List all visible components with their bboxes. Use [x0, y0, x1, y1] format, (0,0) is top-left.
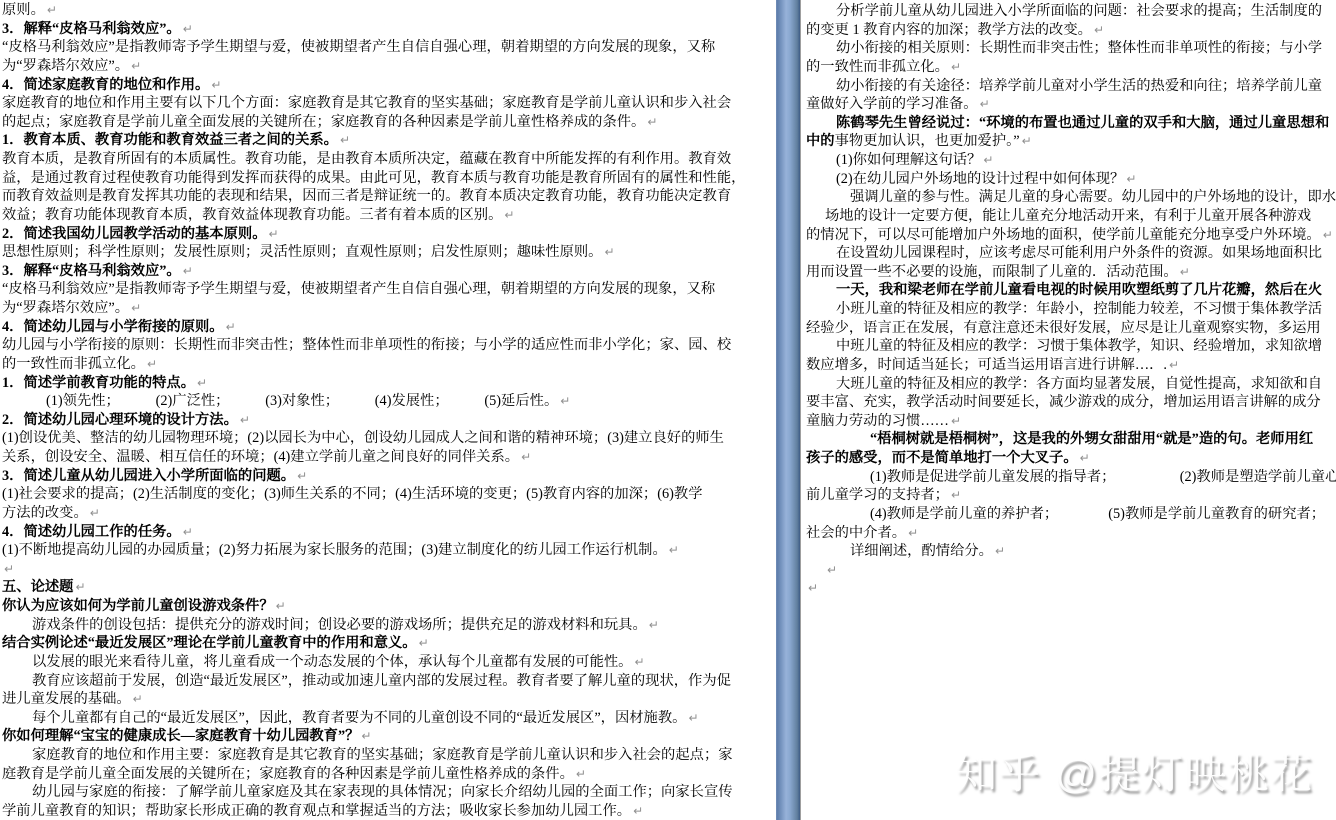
text-line: 在设置幼儿园课程时，应该考虑尽可能利用户外条件的资源。如果场地面积比	[806, 244, 1336, 263]
paragraph-mark: ↵	[274, 599, 286, 613]
text-line: 要丰富、充实，教学活动时间要延长，减少游戏的成分，增加运用语言讲解的成分	[806, 393, 1336, 412]
text-line: 4．简述家庭教育的地位和作用。↵	[2, 76, 748, 95]
paragraph-mark: ↵	[224, 320, 236, 334]
text-line: 方法的改变。↵	[2, 504, 748, 523]
paragraph-mark: ↵	[574, 767, 586, 781]
text-line: 一天，我和梁老师在学前儿童看电视的时候用吹塑纸剪了几片花瓣，然后在火	[806, 281, 1336, 300]
text-line: 你如何理解“宝宝的健康成长—家庭教育十幼儿园教育”？↵	[2, 727, 748, 746]
text-line: 游戏条件的创设包括：提供充分的游戏时间；创设必要的游戏场所；提供充足的游戏材料和…	[2, 616, 748, 635]
text-line: 关系，创设安全、温暖、相互信任的环境；(4)建立学前儿童之间良好的同伴关系。↵	[2, 448, 748, 467]
text-line: 孩子的感受，而不是简单地打一个大叉子。↵	[806, 449, 1336, 468]
text-line: 思想性原则；科学性原则；发展性原则；灵活性原则；直观性原则；启发性原则；趣味性原…	[2, 243, 748, 262]
text-line: 社会的中介者。↵	[806, 524, 1336, 543]
paragraph-mark: ↵	[129, 59, 141, 73]
paragraph-mark: ↵	[417, 636, 429, 650]
paragraph-mark: ↵	[295, 469, 307, 483]
paragraph-mark: ↵	[267, 227, 279, 241]
paragraph-mark: ↵	[686, 711, 698, 725]
text-line: 的变更 1 教育内容的加深；教学方法的改变。↵	[806, 21, 1336, 40]
paragraph-mark: ↵	[645, 115, 657, 129]
text-line: 你认为应该如何为学前儿童创设游戏条件？↵	[2, 597, 748, 616]
text-line: 1．简述学前教育功能的特点。↵	[2, 374, 748, 393]
text-line: 强调儿童的参与性。满足儿童的身心需要。幼儿园中的户外场地的设计，即水	[806, 188, 1336, 207]
text-line: 幼儿园与家庭的衔接：了解学前儿童家庭及其在家表现的具体情况；向家长介绍幼儿园的全…	[2, 783, 748, 802]
text-line: 为“罗森塔尔效应”。↵	[2, 57, 748, 76]
paragraph-mark: ↵	[647, 618, 659, 632]
paragraph-mark: ↵	[359, 729, 371, 743]
text-line: “皮格马利翁效应”是指教师寄予学生期望与爱，使被期望者产生自信自强心理，朝着期望…	[2, 280, 748, 299]
paragraph-mark: ↵	[195, 376, 207, 390]
paragraph-mark: ↵	[181, 264, 193, 278]
text-line: 1．教育本质、教育功能和教育效益三者之间的关系。↵	[2, 131, 748, 150]
text-line: (4)教师是学前儿童的养护者； (5)教师是学前儿童教育的研究者；	[806, 505, 1336, 524]
text-line: 幼小衔接的有关途径：培养学前儿童对小学生活的热爱和向往；培养学前儿童	[806, 77, 1336, 96]
paragraph-mark: ↵	[181, 22, 193, 36]
paragraph-mark: ↵	[667, 543, 679, 557]
paragraph-mark: ↵	[825, 563, 837, 577]
paragraph-mark: ↵	[949, 488, 961, 502]
paragraph-mark: ↵	[129, 301, 141, 315]
text-line: 详细阐述，酌情给分。↵	[806, 542, 1336, 561]
paragraph-mark: ↵	[631, 804, 643, 818]
text-line: (1)你如何理解这句话？↵	[806, 151, 1336, 170]
text-line: 益，是通过教育过程使教育功能得到发挥而获得的成果。由此可见，教育本质与教育功能是…	[2, 169, 748, 188]
paragraph-mark: ↵	[1092, 23, 1104, 37]
paragraph-mark: ↵	[806, 581, 818, 595]
text-line: 家庭教育的地位和作用主要：家庭教育是其它教育的坚实基础；家庭教育是学前儿童认识和…	[2, 746, 748, 765]
text-line: (1)不断地提高幼儿园的办园质量；(2)努力拓展为家长服务的范围；(3)建立制度…	[2, 541, 748, 560]
page-gap-divider	[776, 0, 800, 820]
text-line: 陈鹤琴先生曾经说过：“环境的布置也通过儿童的双手和大脑，通过儿童思想和	[806, 114, 1336, 133]
text-line: (1)创设优美、整洁的幼儿园物理环境；(2)以园长为中心，创设幼儿园成人之间和谐…	[2, 429, 748, 448]
paragraph-mark: ↵	[1078, 451, 1090, 465]
paragraph-mark: ↵	[1178, 265, 1190, 279]
text-line: 童脑力劳动的习惯……↵	[806, 412, 1336, 431]
text-line: 结合实例论述“最近发展区”理论在学前儿童教育中的作用和意义。↵	[2, 634, 748, 653]
text-line: “梧桐树就是梧桐树”，这是我的外甥女甜甜用“就是”造的句。老师用红	[806, 430, 1336, 449]
text-line: 为“罗森塔尔效应”。↵	[2, 299, 748, 318]
text-line: (1)社会要求的提高；(2)生活制度的变化；(3)师生关系的不同；(4)生活环境…	[2, 485, 748, 504]
text-line: 幼儿园与小学衔接的原则：长期性而非突击性；整体性而非单项性的衔接；与小学的适应性…	[2, 336, 748, 355]
text-line: 场地的设计一定要方便，能让儿童充分地活动开来，有利于儿童开展各种游戏	[806, 207, 1336, 226]
text-line: 而教育效益则是教育发挥其功能的表现和结果，因而三者是辩证统一的。教育本质决定教育…	[2, 187, 748, 206]
text-line: 童做好入学前的学习准备。↵	[806, 95, 1336, 114]
text-line: 进儿童发展的基础。↵	[2, 690, 748, 709]
paragraph-mark: ↵	[2, 562, 14, 576]
text-line: 五、论述题↵	[2, 578, 748, 597]
text-line: 前儿童学习的支持者；↵	[806, 486, 1336, 505]
paragraph-mark: ↵	[1321, 228, 1333, 242]
text-line: 的起点；家庭教育是学前儿童全面发展的关键所在；家庭教育的各种因素是学前儿童性格养…	[2, 113, 748, 132]
text-line: 大班儿童的特征及相应的教学：各方面均显著发展，自觉性提高，求知欲和自	[806, 375, 1336, 394]
document-page-right: 分析学前儿童从幼儿园进入小学所面临的问题：社会要求的提高；生活制度的的变更 1 …	[800, 0, 1336, 820]
text-line: 3．解释“皮格马利翁效应”。↵	[2, 262, 748, 281]
paragraph-mark: ↵	[45, 3, 57, 17]
text-line: 用而设置一些不必要的设施，而限制了儿童的．活动范围。↵	[806, 263, 1336, 282]
paragraph-mark: ↵	[519, 450, 531, 464]
text-line: 教育本质，是教育所固有的本质属性。教育功能，是由教育本质所决定，蕴藏在教育中所能…	[2, 150, 748, 169]
text-line: 每个儿童都有自己的“最近发展区”，因此，教育者要为不同的儿童创设不同的“最近发展…	[2, 709, 748, 728]
paragraph-mark: ↵	[1020, 134, 1032, 148]
paragraph-mark: ↵	[993, 544, 1005, 558]
text-line: 4．简述幼儿园与小学衔接的原则。↵	[2, 318, 748, 337]
paragraph-mark: ↵	[502, 208, 514, 222]
paragraph-mark: ↵	[338, 133, 350, 147]
text-line: ↵	[806, 561, 1336, 580]
document-page-left: 原则。↵3．解释“皮格马利翁效应”。↵“皮格马利翁效应”是指教师寄予学生期望与爱…	[0, 0, 776, 820]
paragraph-mark: ↵	[906, 526, 918, 540]
text-line: 经验少，语言正在发展，有意注意还未很好发展，应尽是让儿童观察实物，多运用	[806, 319, 1336, 338]
text-line: 学前儿童教育的知识；帮助家长形成正确的教育观点和掌握适当的方法；吸收家长参加幼儿…	[2, 802, 748, 820]
text-line: 2．简述幼儿园心理环境的设计方法。↵	[2, 411, 748, 430]
paragraph-mark: ↵	[73, 580, 85, 594]
paragraph-mark: ↵	[1167, 358, 1179, 372]
text-line: (1)领先性； (2)广泛性； (3)对象性； (4)发展性； (5)延后性。↵	[2, 392, 748, 411]
paragraph-mark: ↵	[949, 414, 961, 428]
paragraph-mark: ↵	[558, 394, 570, 408]
paragraph-mark: ↵	[602, 245, 614, 259]
text-line: (2)在幼儿园户外场地的设计过程中如何体现？↵	[806, 170, 1336, 189]
paragraph-mark: ↵	[981, 153, 993, 167]
text-line: ↵	[2, 560, 748, 579]
paragraph-mark: ↵	[145, 357, 157, 371]
text-line: 以发展的眼光来看待儿童，将儿童看成一个动态发展的个体，承认每个儿童都有发展的可能…	[2, 653, 748, 672]
paragraph-mark: ↵	[88, 506, 100, 520]
paragraph-mark: ↵	[181, 525, 193, 539]
paragraph-mark: ↵	[131, 692, 143, 706]
text-line: 效益；教育功能体现教育本质，教育效益体现教育功能。三者有着本质的区别。↵	[2, 206, 748, 225]
text-line: 庭教育是学前儿童全面发展的关键所在；家庭教育的各种因素是学前儿童性格养成的条件。…	[2, 765, 748, 784]
text-line: 分析学前儿童从幼儿园进入小学所面临的问题：社会要求的提高；生活制度的	[806, 2, 1336, 21]
paragraph-mark: ↵	[978, 97, 990, 111]
text-line: 3．简述儿童从幼儿园进入小学所面临的问题。↵	[2, 467, 748, 486]
text-line: 幼小衔接的相关原则：长期性而非突击性；整体性而非单项性的衔接；与小学	[806, 39, 1336, 58]
text-line: 原则。↵	[2, 1, 748, 20]
text-line: 4．简述幼儿园工作的任务。↵	[2, 523, 748, 542]
paragraph-mark: ↵	[632, 655, 644, 669]
text-line: 家庭教育的地位和作用主要有以下几个方面：家庭教育是其它教育的坚实基础；家庭教育是…	[2, 94, 748, 113]
text-line: 小班儿童的特征及相应的教学：年龄小，控制能力较差，不习惯于集体教学活	[806, 300, 1336, 319]
document-viewer: 原则。↵3．解释“皮格马利翁效应”。↵“皮格马利翁效应”是指教师寄予学生期望与爱…	[0, 0, 1336, 820]
text-line: (1)教师是促进学前儿童发展的指导者； (2)教师是塑造学前儿童心	[806, 468, 1336, 487]
text-line: “皮格马利翁效应”是指教师寄予学生期望与爱，使被期望者产生自信自强心理，朝着期望…	[2, 38, 748, 57]
text-line: 中班儿童的特征及相应的教学：习惯于集体教学，知识、经验增加，求知欲增	[806, 337, 1336, 356]
text-line: 的一致性而非孤立化。↵	[806, 58, 1336, 77]
text-line: 中的事物更加认识，也更加爱护。”↵	[806, 132, 1336, 151]
paragraph-mark: ↵	[209, 78, 221, 92]
text-line: 的情况下，可以尽可能增加户外场地的面积，使学前儿童能充分地享受户外环境。↵	[806, 226, 1336, 245]
text-line: 2．简述我国幼儿园教学活动的基本原则。↵	[2, 225, 748, 244]
paragraph-mark: ↵	[949, 60, 961, 74]
paragraph-mark: ↵	[238, 413, 250, 427]
text-line: 教育应该超前于发展，创造“最近发展区”，推动或加速儿童内部的发展过程。教育者要了…	[2, 672, 748, 691]
text-line: ↵	[806, 579, 1336, 598]
paragraph-mark: ↵	[1124, 172, 1136, 186]
text-line: 数应增多，时间适当延长；可适当运用语言进行讲解…．.↵	[806, 356, 1336, 375]
text-line: 3．解释“皮格马利翁效应”。↵	[2, 20, 748, 39]
text-line: 的一致性而非孤立化。↵	[2, 355, 748, 374]
